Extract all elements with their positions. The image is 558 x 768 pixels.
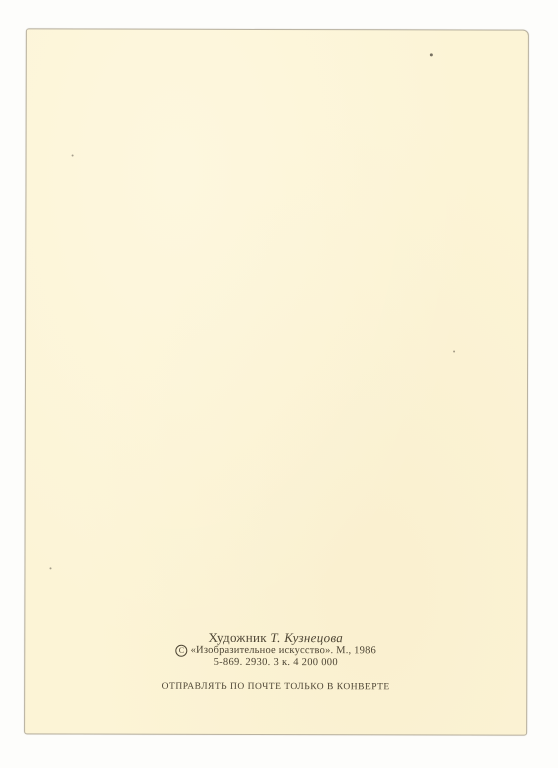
copyright-icon: C (176, 645, 188, 657)
ink-speck (453, 350, 455, 352)
artist-label: Художник (208, 630, 266, 645)
ink-speck (72, 154, 74, 156)
artist-credit: Художник Т. Кузнецова (25, 629, 526, 645)
ink-speck (50, 567, 52, 569)
artist-name: Т. Кузнецова (270, 630, 343, 645)
ink-speck (430, 53, 433, 56)
publisher-text: «Изобразительное искусство». М., 1986 (191, 645, 376, 656)
postcard-back: Художник Т. Кузнецова C«Изобразительное … (24, 28, 529, 735)
publisher-imprint: Художник Т. Кузнецова C«Изобразительное … (25, 629, 526, 693)
print-code: 5-869. 2930. 3 к. 4 200 000 (25, 656, 526, 669)
mail-instruction: ОТПРАВЛЯТЬ ПО ПОЧТЕ ТОЛЬКО В КОНВЕРТЕ (25, 680, 526, 693)
